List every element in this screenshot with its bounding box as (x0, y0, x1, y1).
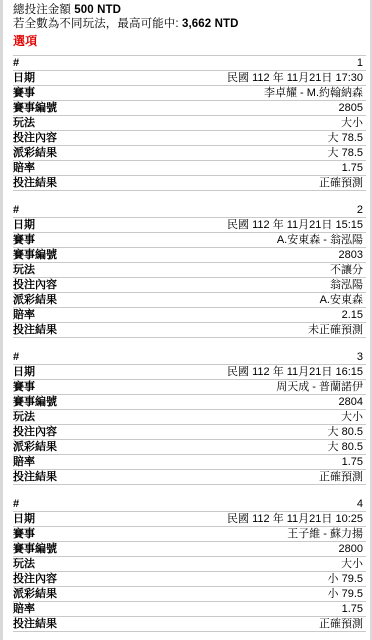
summary-header: 總投注金額 500 NTD 若全數為不同玩法，最高可能中: 3,662 NTD … (3, 3, 370, 49)
bet-result-value: 未正確預測 (308, 323, 366, 337)
index-value: 1 (357, 56, 366, 70)
event-value: 李卓耀 - M.約翰納森 (264, 86, 366, 100)
row-bet-content: 投注內容 大 80.5 (13, 425, 366, 440)
payout-result-value: 小 79.5 (328, 587, 366, 601)
event-no-label: 賽事編號 (13, 542, 57, 556)
row-bet-result: 投注結果 正確預測 (13, 617, 366, 632)
odds-value: 1.75 (342, 455, 366, 469)
bet-result-label: 投注結果 (13, 323, 57, 337)
bet-content-value: 大 78.5 (328, 131, 366, 145)
bet-content-label: 投注內容 (13, 278, 57, 292)
index-label: # (13, 203, 19, 217)
event-label: 賽事 (13, 527, 35, 541)
event-no-value: 2804 (339, 395, 366, 409)
row-event: 賽事 A.安東森 - 翁泓陽 (13, 233, 366, 248)
date-label: 日期 (13, 71, 35, 85)
bet-content-value: 小 79.5 (328, 572, 366, 586)
bet-content-label: 投注內容 (13, 572, 57, 586)
bet-record-4: # 4 日期 民國 112 年 11月21日 10:25 賽事 王子維 - 蘇力… (13, 497, 366, 632)
play-type-value: 不讓分 (330, 263, 366, 277)
event-no-label: 賽事編號 (13, 395, 57, 409)
bet-result-value: 正確預測 (319, 617, 366, 631)
index-label: # (13, 497, 19, 511)
odds-label: 賠率 (13, 602, 35, 616)
row-odds: 賠率 1.75 (13, 602, 366, 617)
row-index: # 3 (13, 350, 366, 365)
bet-result-value: 正確預測 (319, 470, 366, 484)
row-bet-result: 投注結果 正確預測 (13, 470, 366, 485)
date-label: 日期 (13, 218, 35, 232)
row-odds: 賠率 1.75 (13, 161, 366, 176)
odds-label: 賠率 (13, 455, 35, 469)
event-value: A.安東森 - 翁泓陽 (277, 233, 366, 247)
row-odds: 賠率 1.75 (13, 455, 366, 470)
play-type-label: 玩法 (13, 557, 35, 571)
row-bet-result: 投注結果 正確預測 (13, 176, 366, 191)
play-type-label: 玩法 (13, 116, 35, 130)
total-bet-label: 總投注金額 (13, 4, 71, 16)
row-play-type: 玩法 大小 (13, 557, 366, 572)
row-payout-result: 派彩結果 大 78.5 (13, 146, 366, 161)
bet-result-label: 投注結果 (13, 617, 57, 631)
date-value: 民國 112 年 11月21日 15:15 (227, 218, 366, 232)
row-event-no: 賽事編號 2803 (13, 248, 366, 263)
index-value: 3 (357, 350, 366, 364)
payout-result-label: 派彩結果 (13, 440, 57, 454)
row-event: 賽事 周天成 - 普蘭諾伊 (13, 380, 366, 395)
row-event-no: 賽事編號 2804 (13, 395, 366, 410)
potential-win-label: 若全數為不同玩法，最高可能中: (13, 18, 179, 30)
index-label: # (13, 56, 19, 70)
odds-value: 1.75 (342, 161, 366, 175)
potential-win-amount: 3,662 NTD (182, 18, 239, 30)
event-no-label: 賽事編號 (13, 248, 57, 262)
play-type-value: 大小 (341, 410, 366, 424)
payout-result-label: 派彩結果 (13, 587, 57, 601)
event-no-value: 2803 (339, 248, 366, 262)
event-label: 賽事 (13, 233, 35, 247)
row-payout-result: 派彩結果 A.安東森 (13, 293, 366, 308)
row-date: 日期 民國 112 年 11月21日 10:25 (13, 512, 366, 527)
row-event-no: 賽事編號 2800 (13, 542, 366, 557)
options-heading: 選項 (13, 34, 362, 49)
payout-result-label: 派彩結果 (13, 146, 57, 160)
payout-result-label: 派彩結果 (13, 293, 57, 307)
index-value: 4 (357, 497, 366, 511)
row-index: # 4 (13, 497, 366, 512)
index-label: # (13, 350, 19, 364)
event-no-label: 賽事編號 (13, 101, 57, 115)
play-type-label: 玩法 (13, 410, 35, 424)
event-value: 王子維 - 蘇力揚 (287, 527, 366, 541)
total-bet-amount: 500 NTD (74, 4, 121, 16)
row-odds: 賠率 2.15 (13, 308, 366, 323)
bet-record-3: # 3 日期 民國 112 年 11月21日 16:15 賽事 周天成 - 普蘭… (13, 350, 366, 485)
row-bet-content: 投注內容 翁泓陽 (13, 278, 366, 293)
row-play-type: 玩法 大小 (13, 410, 366, 425)
row-payout-result: 派彩結果 大 80.5 (13, 440, 366, 455)
bet-content-value: 翁泓陽 (330, 278, 366, 292)
event-label: 賽事 (13, 380, 35, 394)
row-bet-result: 投注結果 未正確預測 (13, 323, 366, 338)
date-value: 民國 112 年 11月21日 16:15 (227, 365, 366, 379)
row-play-type: 玩法 不讓分 (13, 263, 366, 278)
odds-label: 賠率 (13, 161, 35, 175)
total-bet-line: 總投注金額 500 NTD (13, 3, 362, 17)
payout-result-value: A.安東森 (320, 293, 366, 307)
play-type-label: 玩法 (13, 263, 35, 277)
row-event: 賽事 李卓耀 - M.約翰納森 (13, 86, 366, 101)
bet-content-label: 投注內容 (13, 425, 57, 439)
bet-result-value: 正確預測 (319, 176, 366, 190)
bet-record-1: # 1 日期 民國 112 年 11月21日 17:30 賽事 李卓耀 - M.… (13, 55, 366, 191)
row-date: 日期 民國 112 年 11月21日 16:15 (13, 365, 366, 380)
potential-win-line: 若全數為不同玩法，最高可能中: 3,662 NTD (13, 17, 362, 31)
row-event-no: 賽事編號 2805 (13, 101, 366, 116)
bet-receipt-page: 總投注金額 500 NTD 若全數為不同玩法，最高可能中: 3,662 NTD … (0, 0, 372, 640)
odds-value: 2.15 (342, 308, 366, 322)
play-type-value: 大小 (341, 557, 366, 571)
bet-content-value: 大 80.5 (328, 425, 366, 439)
event-no-value: 2805 (339, 101, 366, 115)
bet-content-label: 投注內容 (13, 131, 57, 145)
row-date: 日期 民國 112 年 11月21日 15:15 (13, 218, 366, 233)
row-bet-content: 投注內容 大 78.5 (13, 131, 366, 146)
bet-result-label: 投注結果 (13, 176, 57, 190)
row-index: # 1 (13, 56, 366, 71)
bet-record-2: # 2 日期 民國 112 年 11月21日 15:15 賽事 A.安東森 - … (13, 203, 366, 338)
date-value: 民國 112 年 11月21日 17:30 (227, 71, 366, 85)
play-type-value: 大小 (341, 116, 366, 130)
row-event: 賽事 王子維 - 蘇力揚 (13, 527, 366, 542)
event-no-value: 2800 (339, 542, 366, 556)
odds-label: 賠率 (13, 308, 35, 322)
date-label: 日期 (13, 512, 35, 526)
date-label: 日期 (13, 365, 35, 379)
row-date: 日期 民國 112 年 11月21日 17:30 (13, 71, 366, 86)
index-value: 2 (357, 203, 366, 217)
date-value: 民國 112 年 11月21日 10:25 (227, 512, 366, 526)
payout-result-value: 大 80.5 (328, 440, 366, 454)
row-index: # 2 (13, 203, 366, 218)
event-label: 賽事 (13, 86, 35, 100)
odds-value: 1.75 (342, 602, 366, 616)
event-value: 周天成 - 普蘭諾伊 (276, 380, 366, 394)
row-bet-content: 投注內容 小 79.5 (13, 572, 366, 587)
bet-result-label: 投注結果 (13, 470, 57, 484)
payout-result-value: 大 78.5 (328, 146, 366, 160)
row-payout-result: 派彩結果 小 79.5 (13, 587, 366, 602)
row-play-type: 玩法 大小 (13, 116, 366, 131)
